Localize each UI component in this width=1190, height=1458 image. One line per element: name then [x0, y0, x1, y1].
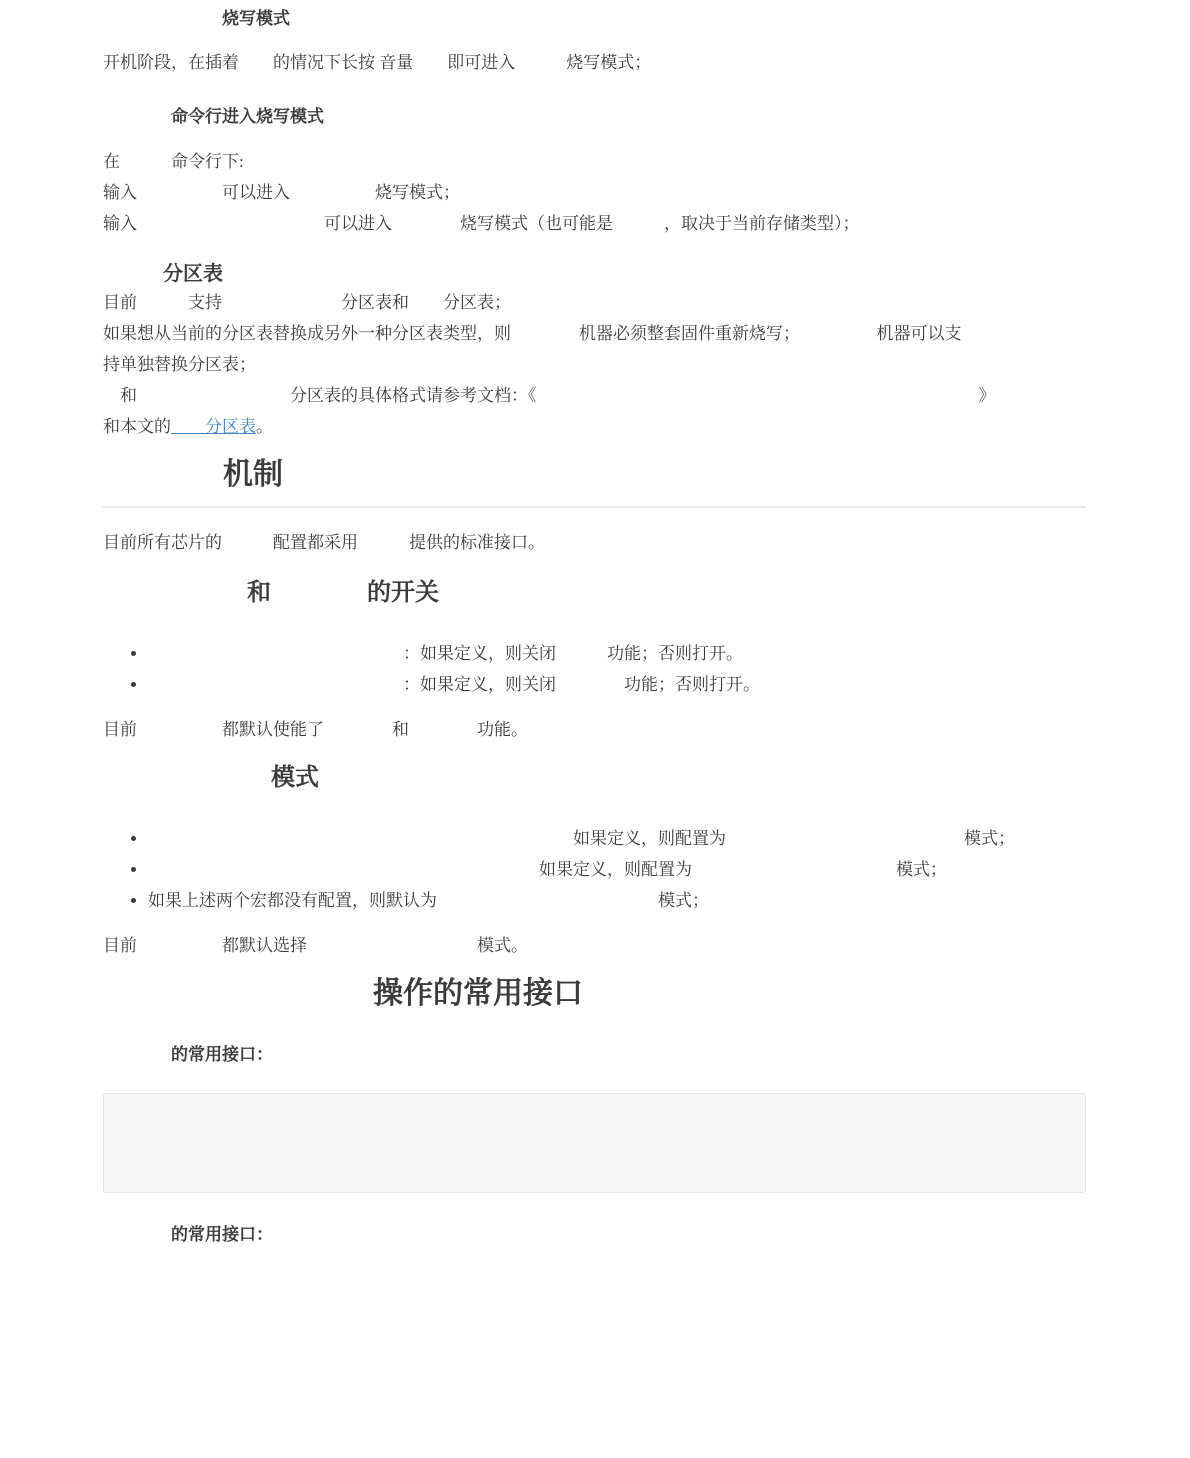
- heading-common-api: 操作的常用接口: [103, 975, 1086, 1013]
- document-page: 烧写模式 开机阶段，在插着 的情况下长按 音量 即可进入 烧写模式； 命令行进入…: [0, 0, 1190, 1290]
- partition-link-prefix: 和本文的: [103, 417, 171, 436]
- switch-bullet-list: ：如果定义，则关闭 功能；否则打开。 ：如果定义，则关闭 功能；否则打开。: [103, 638, 1086, 700]
- para-cmdline-intro: 在 命令行下:: [103, 146, 1086, 177]
- partition-link-line: 和本文的 分区表。: [103, 411, 1086, 442]
- label-api-first: 的常用接口：: [103, 1039, 1086, 1070]
- para-enabled-default: 目前 都默认使能了 和 功能。: [103, 714, 1086, 745]
- divider: [103, 506, 1086, 508]
- para-mechanism: 目前所有芯片的 配置都采用 提供的标准接口。: [103, 527, 1086, 558]
- para-mode-default: 目前 都默认选择 模式。: [103, 930, 1086, 961]
- heading-switch: 和 的开关: [103, 578, 1086, 608]
- partition-link-suffix: 。: [256, 417, 273, 436]
- para-boot-enter: 开机阶段，在插着 的情况下长按 音量 即可进入 烧写模式；: [103, 47, 1086, 78]
- partition-table-link[interactable]: 分区表: [171, 417, 256, 436]
- partition-note: 持单独替换分区表；: [103, 349, 1086, 380]
- partition-note: 和 分区表的具体格式请参考文档：《 》: [103, 380, 1086, 411]
- switch-bullet: ：如果定义，则关闭 功能；否则打开。: [148, 669, 1086, 700]
- switch-bullet: ：如果定义，则关闭 功能；否则打开。: [148, 638, 1086, 669]
- heading-mechanism: 机制: [103, 456, 1086, 494]
- mode-bullet: 如果定义，则配置为 模式；: [148, 854, 1086, 885]
- cmdline-step: 输入 可以进入 烧写模式；: [103, 177, 1086, 208]
- partition-note: 目前 支持 分区表和 分区表；: [103, 287, 1086, 318]
- label-api-second: 的常用接口：: [103, 1219, 1086, 1250]
- heading-partition-table: 分区表: [103, 261, 1086, 287]
- mode-bullet-list: 如果定义，则配置为 模式； 如果定义，则配置为 模式； 如果上述两个宏都没有配置…: [103, 823, 1086, 916]
- heading-cmdline-burn-mode: 命令行进入烧写模式: [103, 106, 1086, 128]
- code-block: [103, 1093, 1086, 1193]
- mode-bullet: 如果上述两个宏都没有配置，则默认为 模式；: [148, 885, 1086, 916]
- partition-notes: 目前 支持 分区表和 分区表； 如果想从当前的分区表替换成另外一种分区表类型，则…: [103, 287, 1086, 442]
- cmdline-step: 输入 可以进入 烧写模式（也可能是 ，取决于当前存储类型）；: [103, 208, 1086, 239]
- heading-burn-mode: 烧写模式: [103, 8, 1086, 30]
- mode-bullet: 如果定义，则配置为 模式；: [148, 823, 1086, 854]
- partition-note: 如果想从当前的分区表替换成另外一种分区表类型，则 机器必须整套固件重新烧写； 机…: [103, 318, 1086, 349]
- heading-mode: 模式: [103, 763, 1086, 793]
- cmdline-steps: 输入 可以进入 烧写模式； 输入 可以进入 烧写模式（也可能是 ，取决于当前存储…: [103, 177, 1086, 239]
